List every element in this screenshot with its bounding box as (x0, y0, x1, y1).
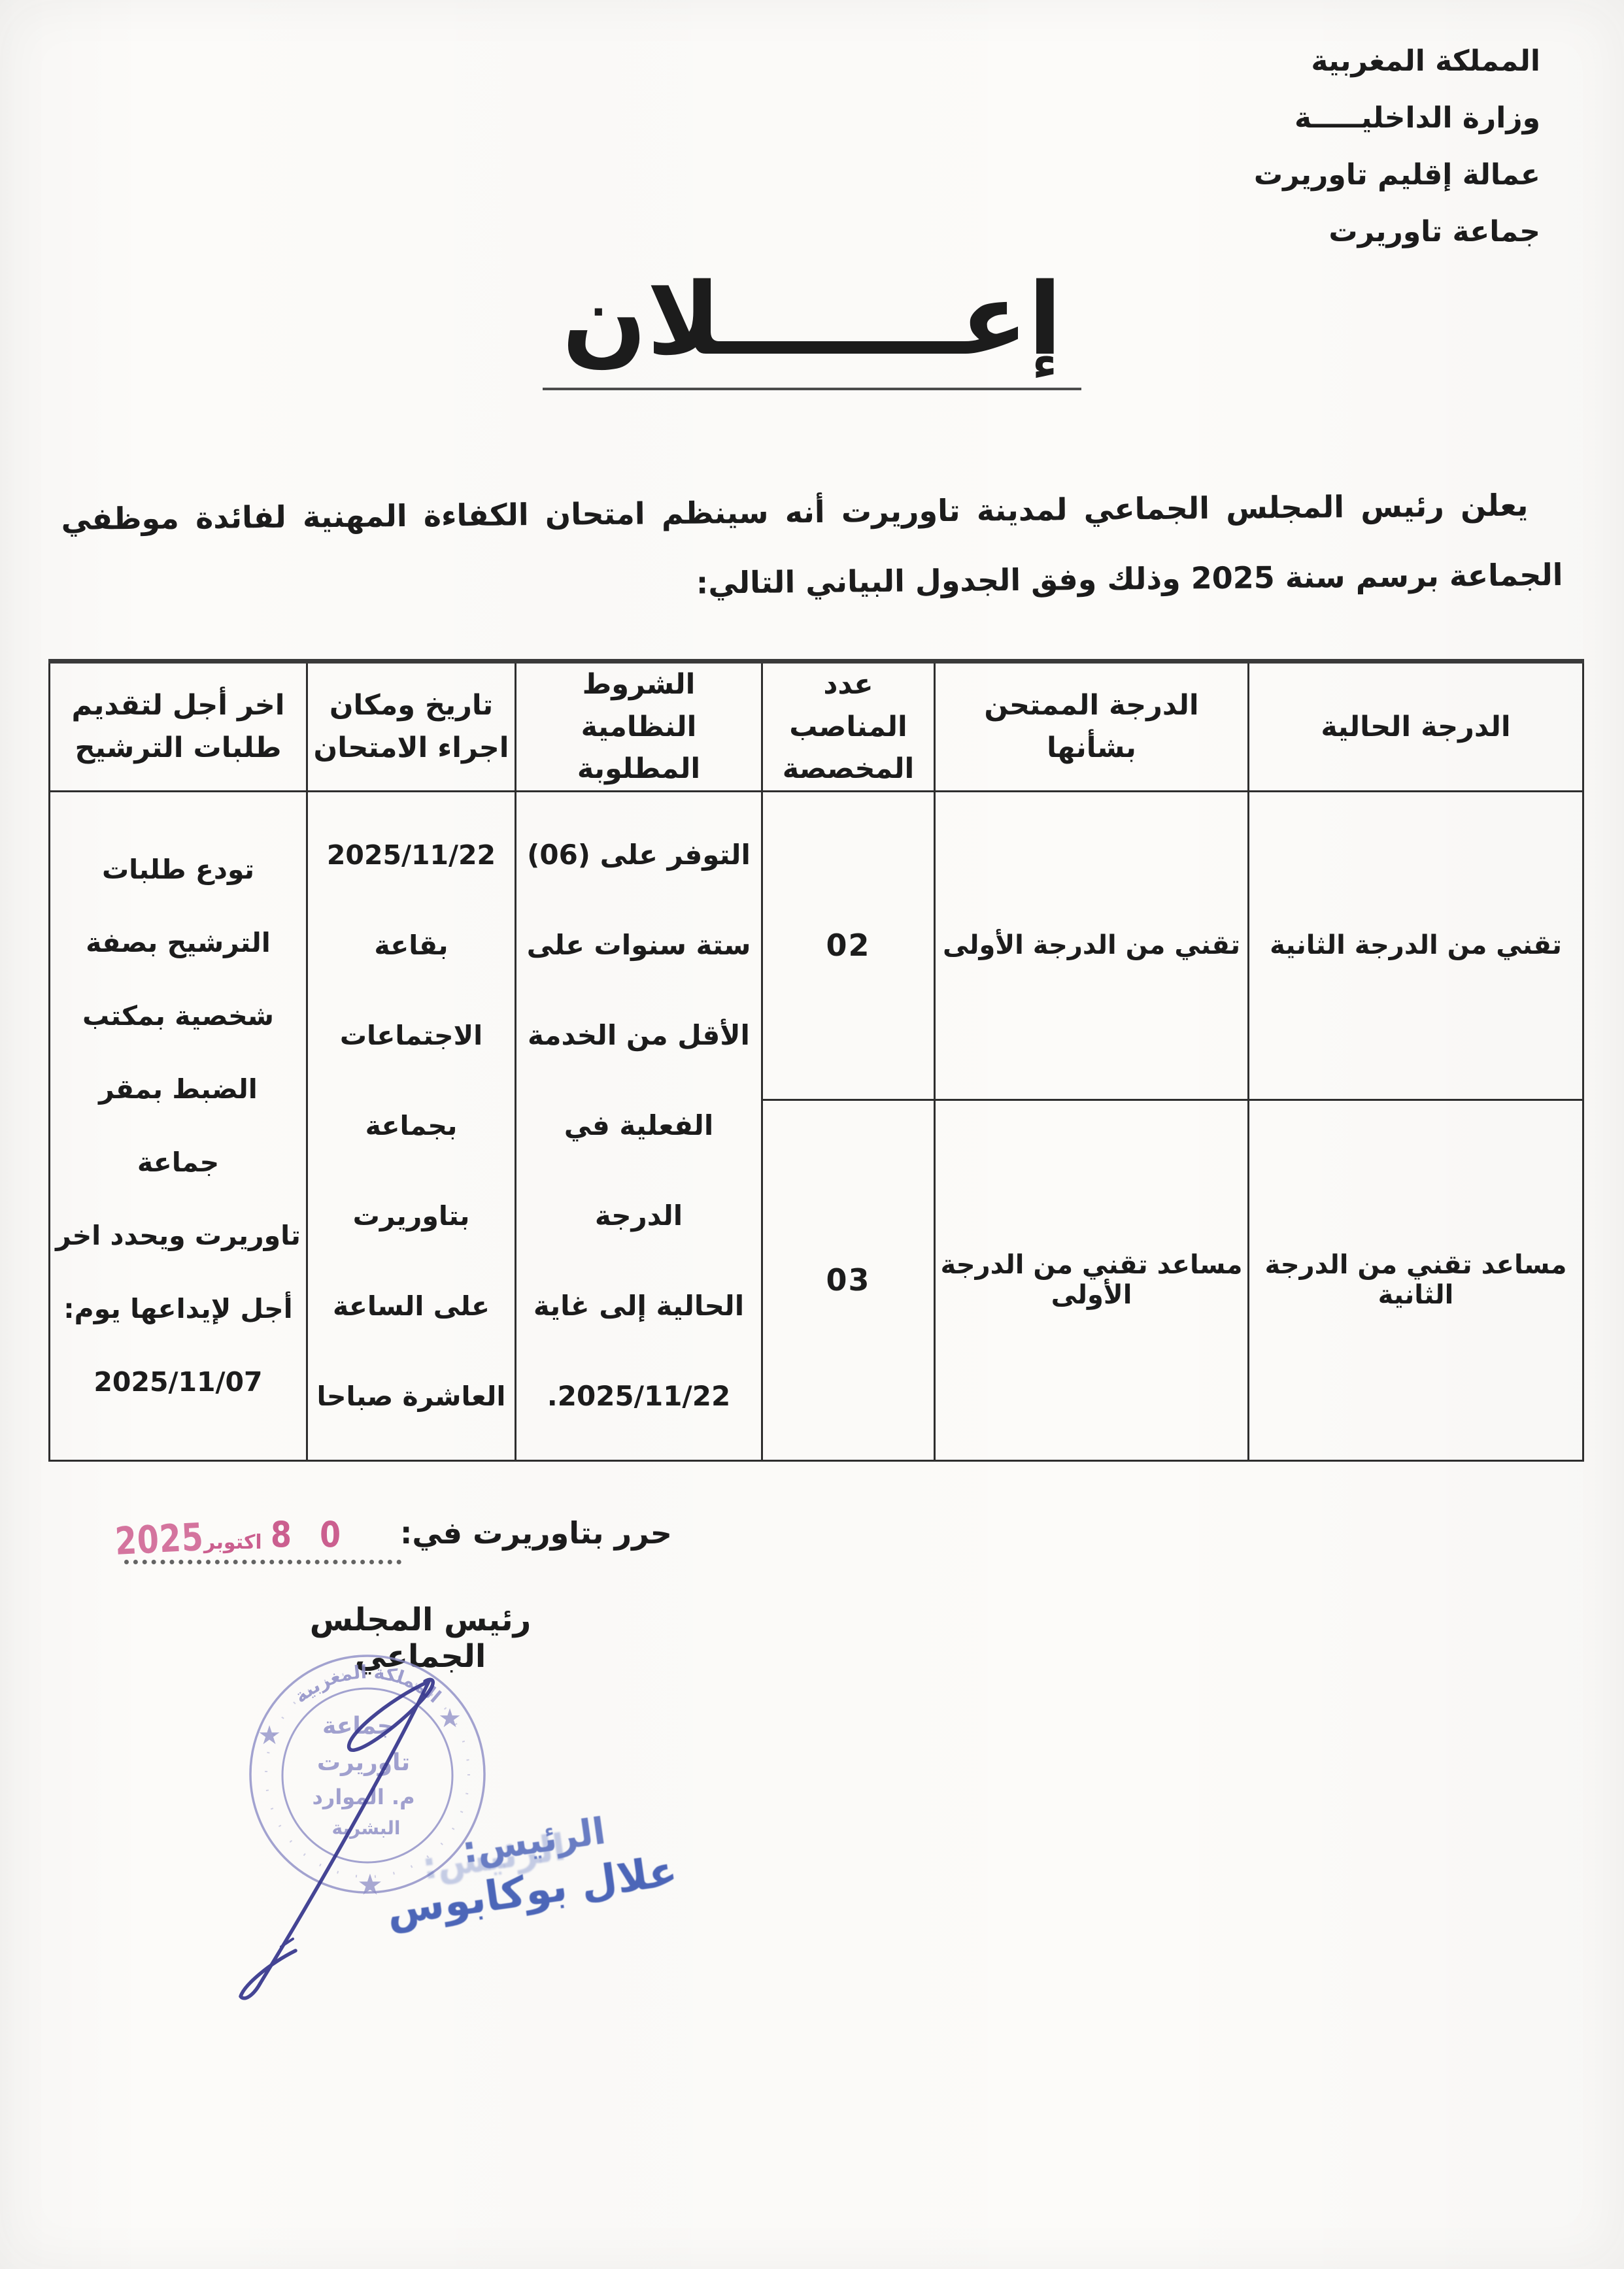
cell-exam-grade-1: تقني من الدرجة الأولى (935, 791, 1249, 1100)
seal-center-line: تاوريرت (317, 1749, 410, 1776)
col-header-deadline: اخر أجل لتقديم طلبات الترشيح (50, 662, 307, 792)
letterhead-commune: جماعة تاوريرت (1254, 203, 1540, 260)
cell-conditions: التوفر على (06) ستة سنوات على الأقل من ا… (516, 791, 762, 1460)
title-wrap: إعـــــــلان (0, 261, 1624, 390)
col-header-exam-grade: الدرجة الممتحن بشأنها (935, 662, 1249, 792)
date-stamp-year: 2025 (114, 1515, 205, 1564)
page-title: إعـــــــلان (543, 261, 1082, 390)
table-row: تقني من الدرجة الثانية تقني من الدرجة ال… (50, 791, 1583, 1100)
issued-at-label: حرر بتاوريرت في: (400, 1515, 672, 1551)
table-header-row: الدرجة الحالية الدرجة الممتحن بشأنها عدد… (50, 662, 1583, 792)
cell-current-grade-1: تقني من الدرجة الثانية (1249, 791, 1583, 1100)
col-header-positions: عدد المناصب المخصصة (762, 662, 935, 792)
exam-table: الدرجة الحالية الدرجة الممتحن بشأنها عدد… (48, 659, 1584, 1462)
letterhead-country: المملكة المغربية (1254, 33, 1540, 90)
col-header-conditions: الشروط النظامية المطلوبة (516, 662, 762, 792)
intro-paragraph: يعلن رئيس المجلس الجماعي لمدينة تاوريرت … (61, 470, 1563, 624)
col-header-date-place: تاريخ ومكان اجراء الامتحان (307, 662, 516, 792)
letterhead: المملكة المغربية وزارة الداخليـــــة عما… (1254, 33, 1540, 260)
date-stamp-day: 0 8 (271, 1514, 350, 1555)
cell-current-grade-2: مساعد تقني من الدرجة الثانية (1249, 1100, 1583, 1460)
cell-positions-1: 02 (762, 791, 935, 1100)
seal-center-line: البشرية (332, 1817, 401, 1839)
cell-positions-2: 03 (762, 1100, 935, 1460)
scanned-announcement-page: المملكة المغربية وزارة الداخليـــــة عما… (0, 0, 1624, 2269)
date-stamp-month: اكتوبر (204, 1531, 262, 1554)
star-icon: ★ (258, 1721, 281, 1751)
col-header-current-grade: الدرجة الحالية (1249, 662, 1583, 792)
letterhead-ministry: وزارة الداخليـــــة (1254, 90, 1540, 146)
star-icon: ★ (438, 1704, 462, 1734)
cell-deadline: تودع طلبات الترشيح بصفة شخصية بمكتب الضب… (50, 791, 307, 1460)
cell-date-place: 2025/11/22 بقاعة الاجتماعات بجماعة بتاور… (307, 791, 516, 1460)
letterhead-province: عمالة إقليم تاوريرت (1254, 146, 1540, 203)
cell-exam-grade-2: مساعد تقني من الدرجة الأولى (935, 1100, 1249, 1460)
